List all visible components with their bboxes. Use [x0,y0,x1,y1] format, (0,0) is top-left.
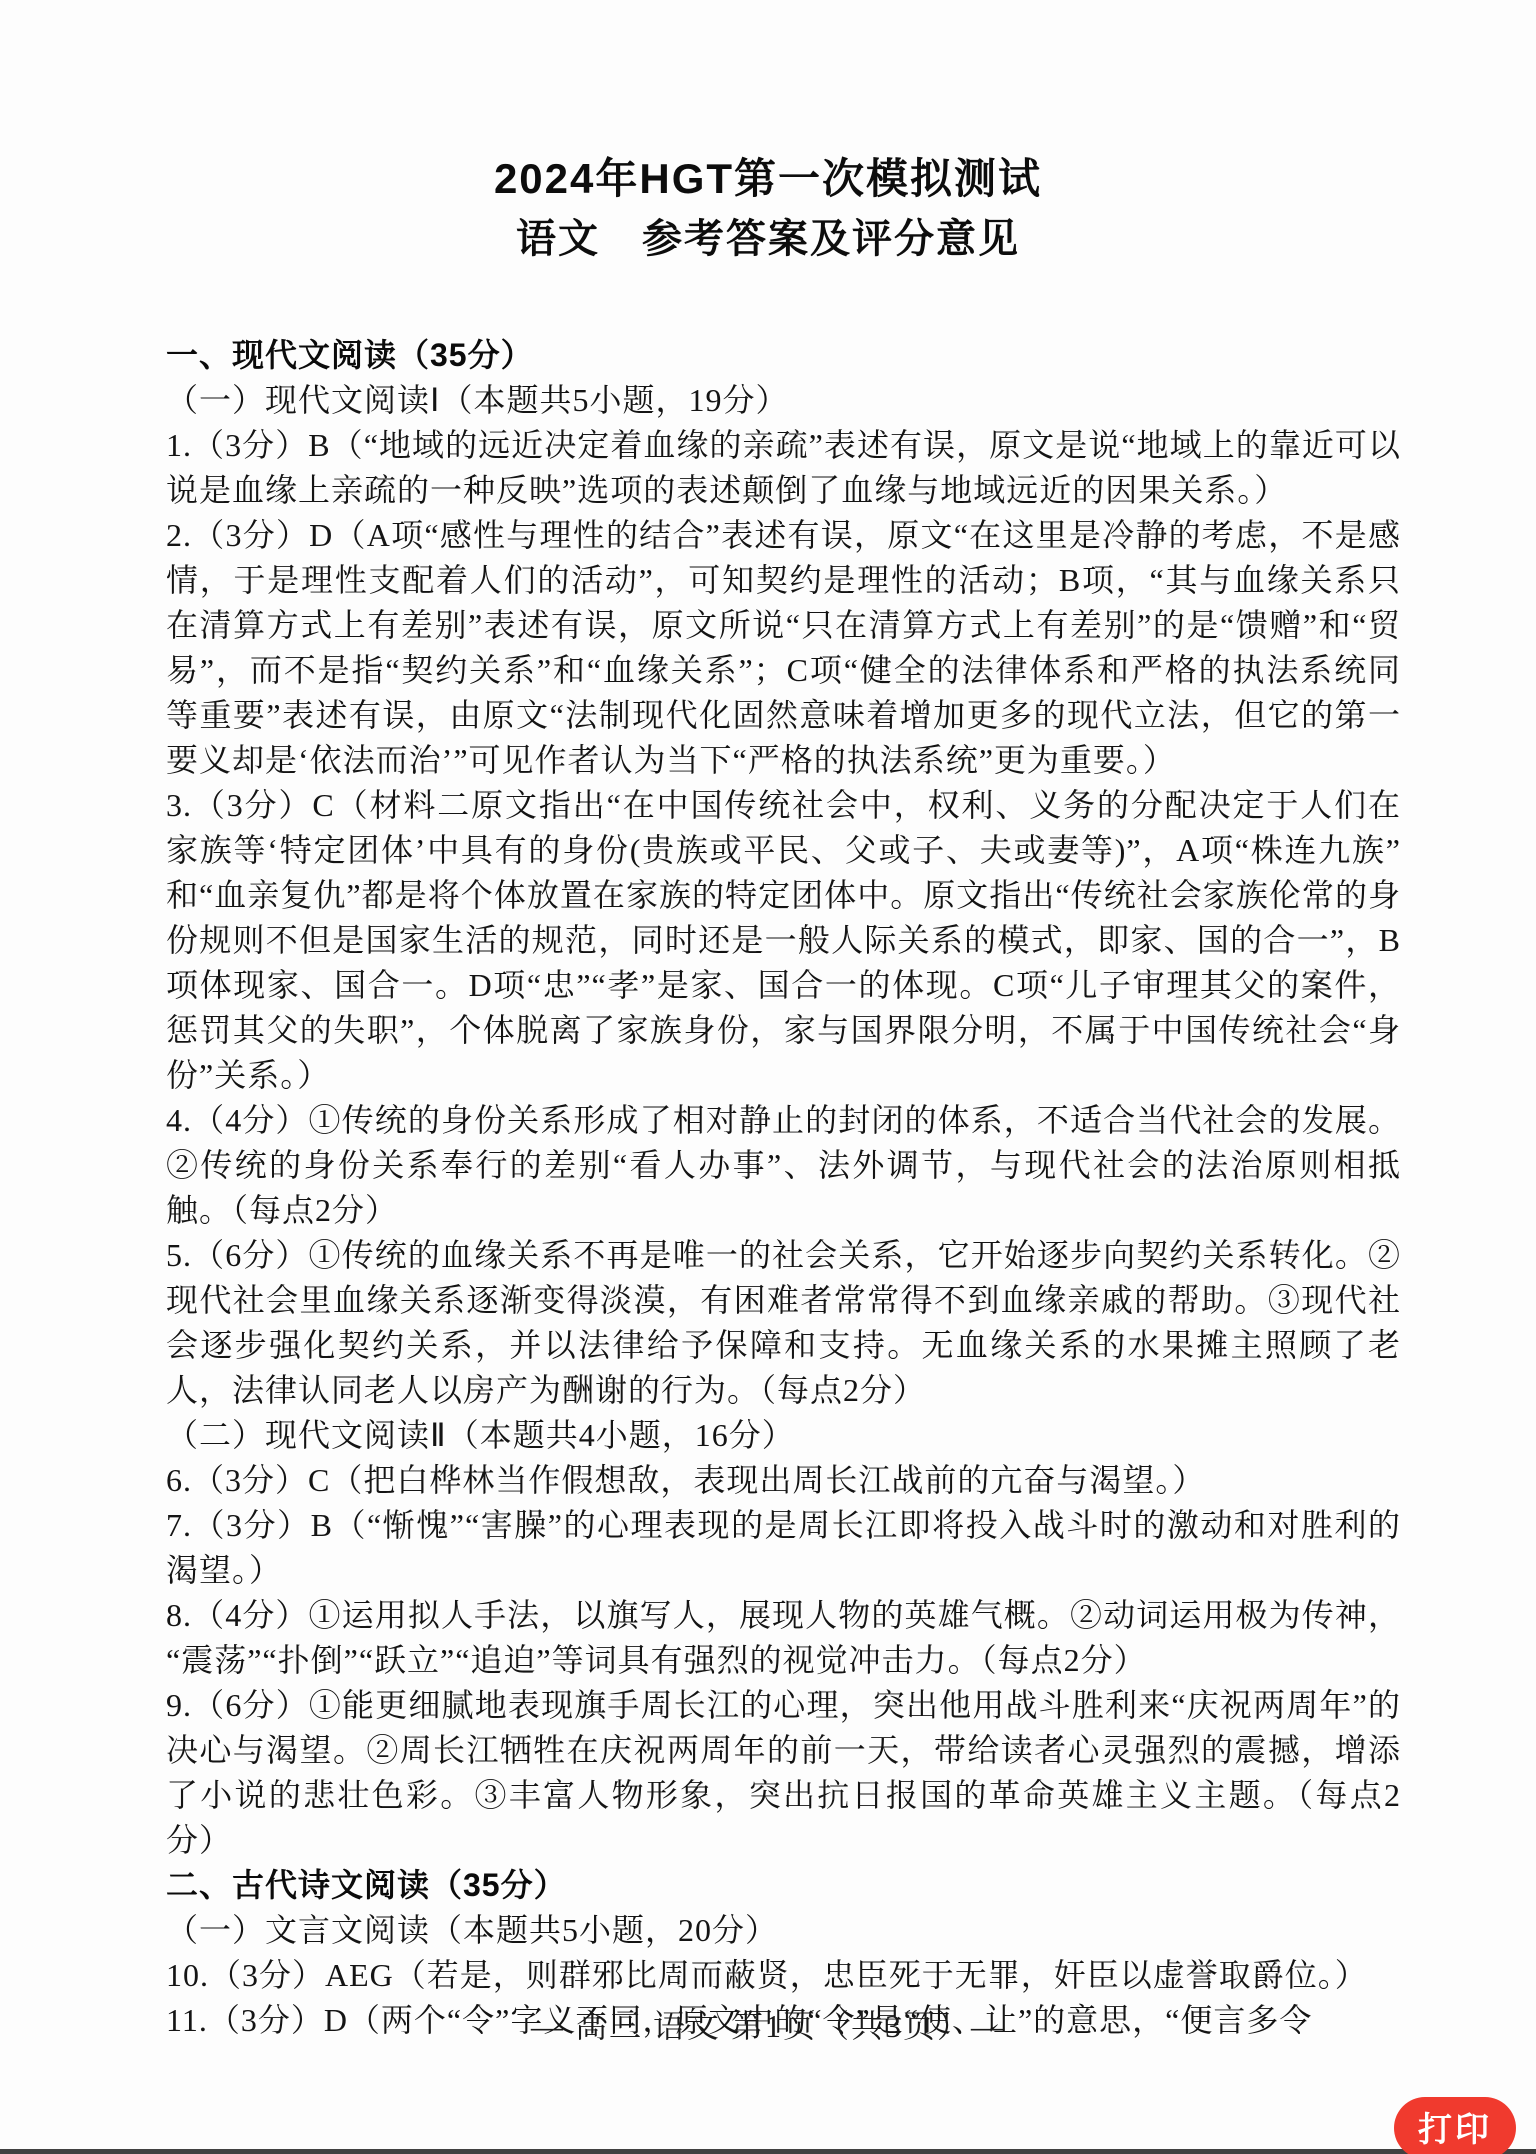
section-heading: 二、古代诗文阅读（35分） [166,1863,1401,1908]
document-page: 2024年HGT第一次模拟测试 语文 参考答案及评分意见 一、现代文阅读（35分… [0,0,1536,2154]
print-button[interactable]: 打印 [1394,2097,1516,2154]
answer-paragraph: 9.（6分）①能更细腻地表现旗手周长江的心理，突出他用战斗胜利来“庆祝两周年”的… [166,1683,1401,1863]
answer-key-content: 一、现代文阅读（35分）（一）现代文阅读Ⅰ（本题共5小题，19分）1.（3分）B… [166,333,1401,2043]
answer-paragraph: 6.（3分）C（把白桦林当作假想敌，表现出周长江战前的亢奋与渴望。） [166,1458,1401,1503]
section-heading: 一、现代文阅读（35分） [166,333,1401,378]
document-title: 2024年HGT第一次模拟测试 [0,156,1536,202]
document-subtitle: 语文 参考答案及评分意见 [0,217,1536,261]
answer-paragraph: 10.（3分）AEG（若是，则群邪比周而蔽贤，忠臣死于无罪，奸臣以虚誉取爵位。） [166,1953,1401,1998]
answer-paragraph: 5.（6分）①传统的血缘关系不再是唯一的社会关系，它开始逐步向契约关系转化。②现… [166,1233,1401,1413]
subsection-heading: （一）现代文阅读Ⅰ（本题共5小题，19分） [166,378,1401,423]
answer-paragraph: 7.（3分）B（“惭愧”“害臊”的心理表现的是周长江即将投入战斗时的激动和对胜利… [166,1503,1401,1593]
answer-paragraph: 8.（4分）①运用拟人手法，以旗写人，展现人物的英雄气概。②动词运用极为传神，“… [166,1593,1401,1683]
answer-paragraph: 4.（4分）①传统的身份关系形成了相对静止的封闭的体系，不适合当代社会的发展。②… [166,1098,1401,1233]
document-header: 2024年HGT第一次模拟测试 语文 参考答案及评分意见 [0,156,1536,261]
subsection-heading: （一）文言文阅读（本题共5小题，20分） [166,1908,1401,1953]
subsection-heading: （二）现代文阅读Ⅱ（本题共4小题，16分） [166,1413,1401,1458]
answer-paragraph: 1.（3分）B（“地域的远近决定着血缘的亲疏”表述有误，原文是说“地域上的靠近可… [166,423,1401,513]
answer-paragraph: 3.（3分）C（材料二原文指出“在中国传统社会中，权利、义务的分配决定于人们在家… [166,783,1401,1098]
page-footer: — 高三 语文 第1页（共3页）— [0,2001,1536,2047]
page-bottom-edge [0,2149,1536,2154]
answer-paragraph: 2.（3分）D（A项“感性与理性的结合”表述有误，原文“在这里是冷静的考虑，不是… [166,513,1401,783]
